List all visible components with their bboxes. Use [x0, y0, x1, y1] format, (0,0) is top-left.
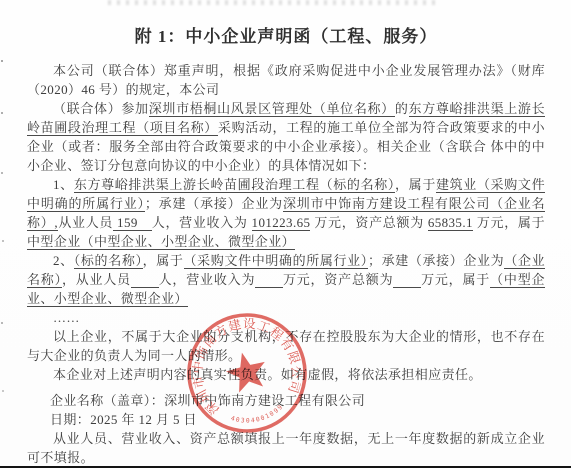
paragraph-footnote: 从业人员、营业收入、资产总额填报上一年度数据，无上一年度数据的新成立企业可不填报…: [27, 429, 545, 467]
date-label: 日期：: [50, 412, 90, 427]
text-segment: （标的名称）: [74, 253, 143, 269]
text-segment: 从业人员、营业收入、资产总额填报上一年度数据，无上一年度数据的新成立企业可不填报…: [27, 431, 545, 465]
date-value: 2025 年 12 月 5 日: [90, 412, 197, 427]
cropped-previous-line-artifact: [108, 0, 438, 5]
text-segment: 万元，属于: [473, 215, 545, 230]
text-segment: 东方尊峪排洪渠上游长岭苗圃段治理工程（标的名称）: [74, 177, 395, 193]
paragraph-declaration-intro: 本公司（联合体）郑重声明，根据《政府采购促进中小企业发展管理办法》（财库（202…: [27, 61, 545, 99]
text-segment: ，从业人员: [62, 272, 131, 287]
text-segment: 人，营业收入为: [152, 215, 252, 230]
company-seal-line: 企业名称（盖章）：深圳市中饰南方建设工程有限公司: [50, 391, 545, 410]
text-segment: [255, 272, 283, 288]
paragraph-responsibility: 本企业对上述声明内容的真实性负责。如有虚假，将依法承担相应责任。: [27, 365, 545, 384]
text-segment: ；承建（承接）企业为: [368, 253, 504, 268]
text-segment: 159: [113, 215, 152, 231]
text-segment: 65835.1: [428, 215, 473, 231]
text-segment: （采购文件中明确的所属行业）: [184, 253, 368, 269]
paragraph-project-participation: （联合体）参加深圳市梧桐山风景区管理处（单位名称）的东方尊峪排洪渠上游长岭苗圃段…: [27, 99, 545, 175]
company-seal-label: 企业名称（盖章）：: [50, 393, 164, 408]
text-segment: 从业人员: [58, 215, 113, 230]
ellipsis-line: ……: [27, 308, 545, 327]
document-body: 本公司（联合体）郑重声明，根据《政府采购促进中小企业发展管理办法》（财库（202…: [27, 61, 545, 467]
text-segment: [131, 272, 159, 288]
text-segment: 万元，属于: [421, 272, 490, 287]
document-title: 附 1：中小企业声明函（工程、服务）: [27, 22, 545, 47]
paragraph-item-1: 1、东方尊峪排洪渠上游长岭苗圃段治理工程（标的名称），属于建筑业（采购文件中明确…: [27, 175, 545, 251]
text-segment: 万元，资产总额为: [283, 272, 394, 287]
text-segment: ，属于: [395, 177, 436, 192]
text-segment: 1、: [53, 177, 74, 192]
text-segment: 的: [395, 101, 409, 116]
text-segment: 以上企业，不属于大企业的分支机构，不存在控股股东为大企业的情形，也不存在与大企业…: [27, 329, 545, 363]
text-segment: [393, 272, 421, 288]
text-segment: 本企业对上述声明内容的真实性负责。如有虚假，将依法承担相应责任。: [53, 367, 482, 382]
text-segment: 中型企业（中型企业、小型企业、微型企业）: [27, 234, 295, 250]
date-line: 日期：2025 年 12 月 5 日: [50, 410, 545, 429]
declaration-document-page: 附 1：中小企业声明函（工程、服务） 本公司（联合体）郑重声明，根据《政府采购促…: [0, 0, 571, 468]
text-segment: 万元，资产总额为: [310, 215, 427, 230]
text-segment: 深圳市梧桐山风景区管理处（单位名称）: [149, 101, 395, 117]
text-segment: ；承建（承接）企业为: [145, 196, 283, 211]
text-segment: 本公司（联合体）郑重声明，根据《政府采购促进中小企业发展管理办法》（财库（202…: [27, 63, 545, 97]
paragraph-no-large-enterprise: 以上企业，不属于大企业的分支机构，不存在控股股东为大企业的情形，也不存在与大企业…: [27, 327, 545, 365]
scan-speckles: [1, 60, 3, 62]
text-segment: ，属于: [143, 253, 184, 268]
paragraph-item-2: 2、（标的名称），属于（采购文件中明确的所属行业）；承建（承接）企业为（企业名称…: [27, 251, 545, 308]
text-segment: 人，营业收入为: [159, 272, 256, 287]
text-segment: （联合体）参加: [53, 101, 149, 116]
text-segment: 2、: [53, 253, 74, 268]
company-name: 深圳市中饰南方建设工程有限公司: [164, 393, 365, 408]
signature-block: 企业名称（盖章）：深圳市中饰南方建设工程有限公司 日期：2025 年 12 月 …: [27, 391, 545, 429]
text-segment: 101223.65: [252, 215, 311, 231]
